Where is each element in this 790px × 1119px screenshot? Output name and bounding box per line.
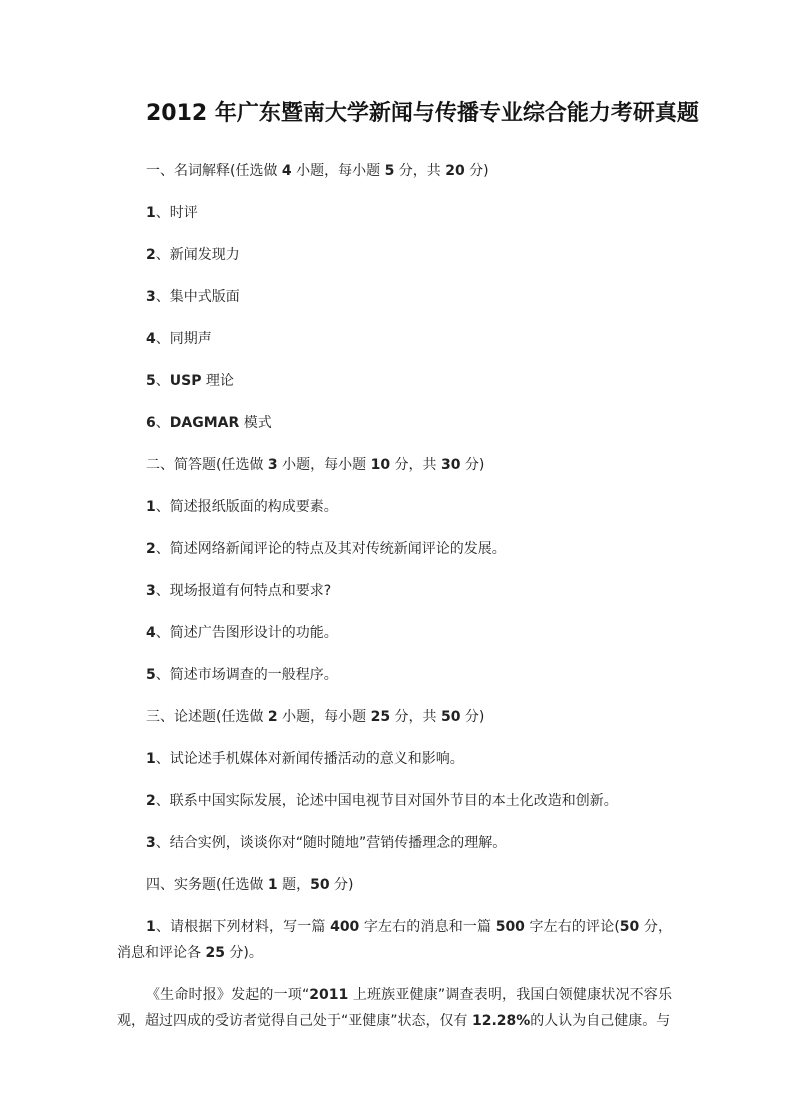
- section-2-heading: 二、简答题(任选做 3 小题，每小题 10 分，共 30 分): [117, 452, 672, 478]
- section-1-item-2: 2、新闻发现力: [117, 242, 672, 268]
- section-2-item-4: 4、简述广告图形设计的功能。: [117, 620, 672, 646]
- material-paragraph: 《生命时报》发起的一项“2011 上班族亚健康”调查表明，我国白领健康状况不容乐…: [117, 982, 672, 1034]
- section-1-item-5: 5、USP 理论: [117, 368, 672, 394]
- document-page: 2012 年广东暨南大学新闻与传播专业综合能力考研真题 一、名词解释(任选做 4…: [0, 0, 790, 1119]
- section-1-item-1: 1、时评: [117, 200, 672, 226]
- section-1-item-3: 3、集中式版面: [117, 284, 672, 310]
- section-2-item-3: 3、现场报道有何特点和要求?: [117, 578, 672, 604]
- section-4-heading: 四、实务题(任选做 1 题，50 分): [117, 872, 672, 898]
- section-1-item-4: 4、同期声: [117, 326, 672, 352]
- section-1-heading: 一、名词解释(任选做 4 小题，每小题 5 分，共 20 分): [117, 158, 672, 184]
- section-3-item-1: 1、试论述手机媒体对新闻传播活动的意义和影响。: [117, 746, 672, 772]
- section-2-item-2: 2、简述网络新闻评论的特点及其对传统新闻评论的发展。: [117, 536, 672, 562]
- document-title: 2012 年广东暨南大学新闻与传播专业综合能力考研真题: [117, 98, 672, 130]
- section-4-item-1: 1、请根据下列材料，写一篇 400 字左右的消息和一篇 500 字左右的评论(5…: [117, 914, 672, 966]
- section-2-item-1: 1、简述报纸版面的构成要素。: [117, 494, 672, 520]
- section-3-item-2: 2、联系中国实际发展，论述中国电视节目对国外节目的本土化改造和创新。: [117, 788, 672, 814]
- section-1-item-6: 6、DAGMAR 模式: [117, 410, 672, 436]
- section-3-heading: 三、论述题(任选做 2 小题，每小题 25 分，共 50 分): [117, 704, 672, 730]
- section-2-item-5: 5、简述市场调查的一般程序。: [117, 662, 672, 688]
- section-3-item-3: 3、结合实例，谈谈你对“随时随地”营销传播理念的理解。: [117, 830, 672, 856]
